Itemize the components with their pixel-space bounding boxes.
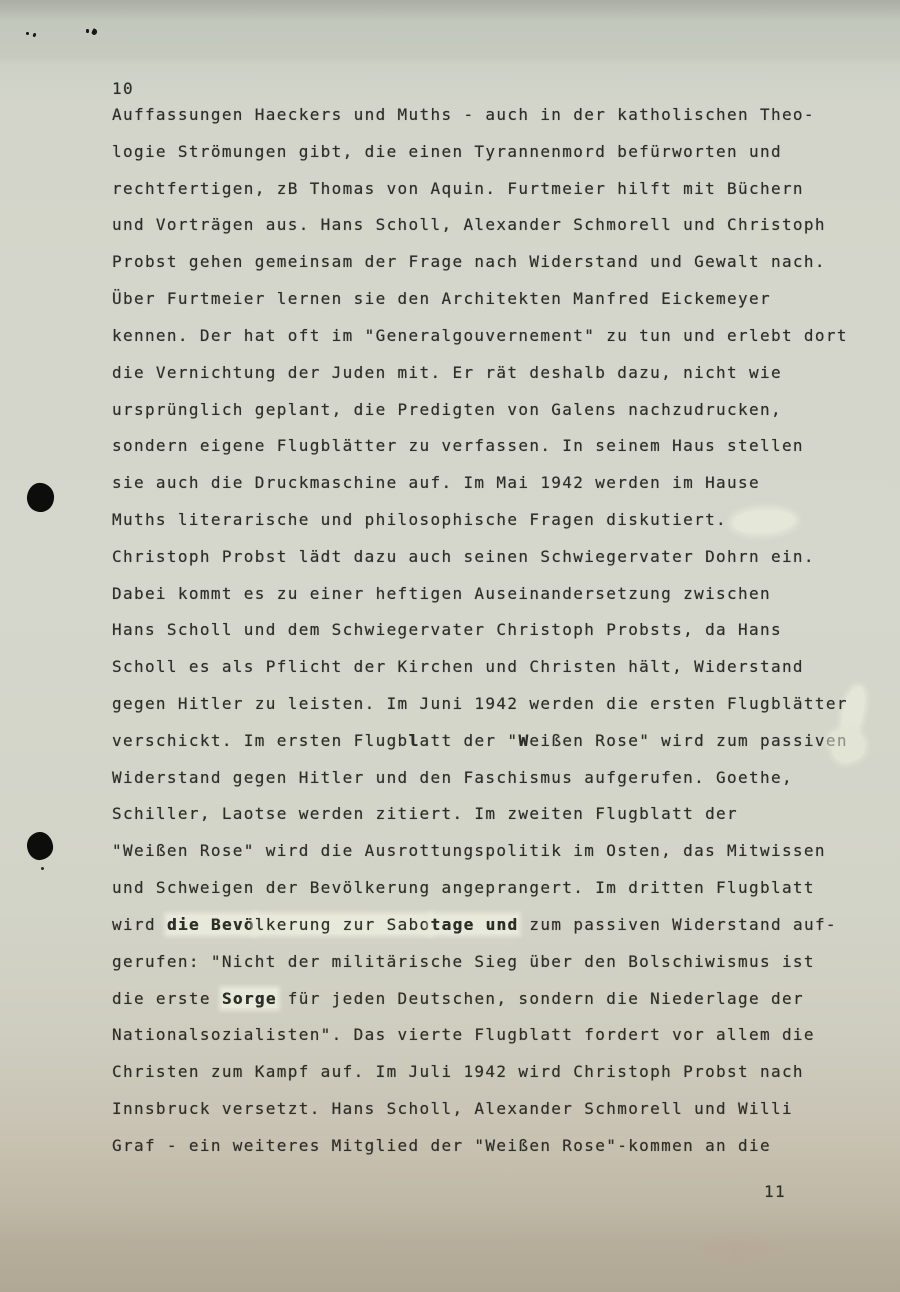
text-line: sie auch die Druckmaschine auf. Im Mai 1… <box>112 473 848 510</box>
hole-punch-top <box>25 481 56 513</box>
text-segment: lkerung zur Sabo <box>255 915 431 934</box>
text-line: Widerstand gegen Hitler und den Faschism… <box>112 768 848 805</box>
text-segment: verschickt. Im ersten Flugb <box>112 731 409 750</box>
text-segment: Sorge <box>222 989 277 1008</box>
page-number-top: 10 <box>112 79 134 98</box>
text-line: Muths literarische und philosophische Fr… <box>112 510 848 547</box>
text-segment: für jeden Deutschen, sondern die Niederl… <box>277 989 804 1008</box>
text-line: gerufen: "Nicht der militärische Sieg üb… <box>112 952 848 989</box>
text-line: die Vernichtung der Juden mit. Er rät de… <box>112 363 848 400</box>
text-line: Probst gehen gemeinsam der Frage nach Wi… <box>112 252 848 289</box>
text-segment: die erste <box>112 989 222 1008</box>
text-line: Scholl es als Pflicht der Kirchen und Ch… <box>112 657 848 694</box>
text-line: rechtfertigen, zB Thomas von Aquin. Furt… <box>112 179 848 216</box>
text-line: gegen Hitler zu leisten. Im Juni 1942 we… <box>112 694 848 731</box>
scanned-document-page: { "page": { "page_number_top": "10", "pa… <box>0 0 900 1292</box>
text-line: Graf - ein weiteres Mitglied der "Weißen… <box>112 1136 848 1173</box>
ink-mark <box>33 33 37 38</box>
text-line: Christoph Probst lädt dazu auch seinen S… <box>112 547 848 584</box>
text-line: die erste Sorge für jeden Deutschen, son… <box>112 989 848 1026</box>
page-number-bottom: 11 <box>764 1182 786 1201</box>
text-line: und Schweigen der Bevölkerung angeprange… <box>112 878 848 915</box>
text-line: ursprünglich geplant, die Predigten von … <box>112 400 848 437</box>
text-segment: die Bevö <box>167 915 255 934</box>
text-segment: zum passiven Widerstand auf- <box>518 915 837 934</box>
text-line: Dabei kommt es zu einer heftigen Auseina… <box>112 584 848 621</box>
text-line: Schiller, Laotse werden zitiert. Im zwei… <box>112 804 848 841</box>
text-line: verschickt. Im ersten Flugblatt der "Wei… <box>112 731 848 768</box>
text-segment: wird <box>112 915 167 934</box>
text-line: kennen. Der hat oft im "Generalgouvernem… <box>112 326 848 363</box>
text-segment: eißen Rose" wird zum passiv <box>529 731 826 750</box>
text-segment: att der " <box>420 731 519 750</box>
text-line: wird die Bevölkerung zur Sabotage und zu… <box>112 915 848 952</box>
ink-mark <box>86 29 89 33</box>
document-text-block: Auffassungen Haeckers und Muths - auch i… <box>112 105 848 1173</box>
text-line: sondern eigene Flugblätter zu verfassen.… <box>112 436 848 473</box>
text-line: Nationalsozialisten". Das vierte Flugbla… <box>112 1025 848 1062</box>
text-line: Christen zum Kampf auf. Im Juli 1942 wir… <box>112 1062 848 1099</box>
ink-mark <box>91 28 98 36</box>
text-line: Hans Scholl und dem Schwiegervater Chris… <box>112 620 848 657</box>
ink-mark <box>26 32 29 35</box>
text-line: Auffassungen Haeckers und Muths - auch i… <box>112 105 848 142</box>
text-line: Innsbruck versetzt. Hans Scholl, Alexand… <box>112 1099 848 1136</box>
paper-stain <box>688 1226 788 1272</box>
text-segment: W <box>518 731 529 750</box>
text-segment: en <box>826 731 848 750</box>
text-line: und Vorträgen aus. Hans Scholl, Alexande… <box>112 215 848 252</box>
text-line: Über Furtmeier lernen sie den Architekte… <box>112 289 848 326</box>
ink-speck <box>41 867 44 870</box>
hole-punch-bottom <box>26 831 55 862</box>
text-segment: tage und <box>431 915 519 934</box>
text-segment: l <box>409 731 420 750</box>
text-line: "Weißen Rose" wird die Ausrottungspoliti… <box>112 841 848 878</box>
text-line: logie Strömungen gibt, die einen Tyranne… <box>112 142 848 179</box>
